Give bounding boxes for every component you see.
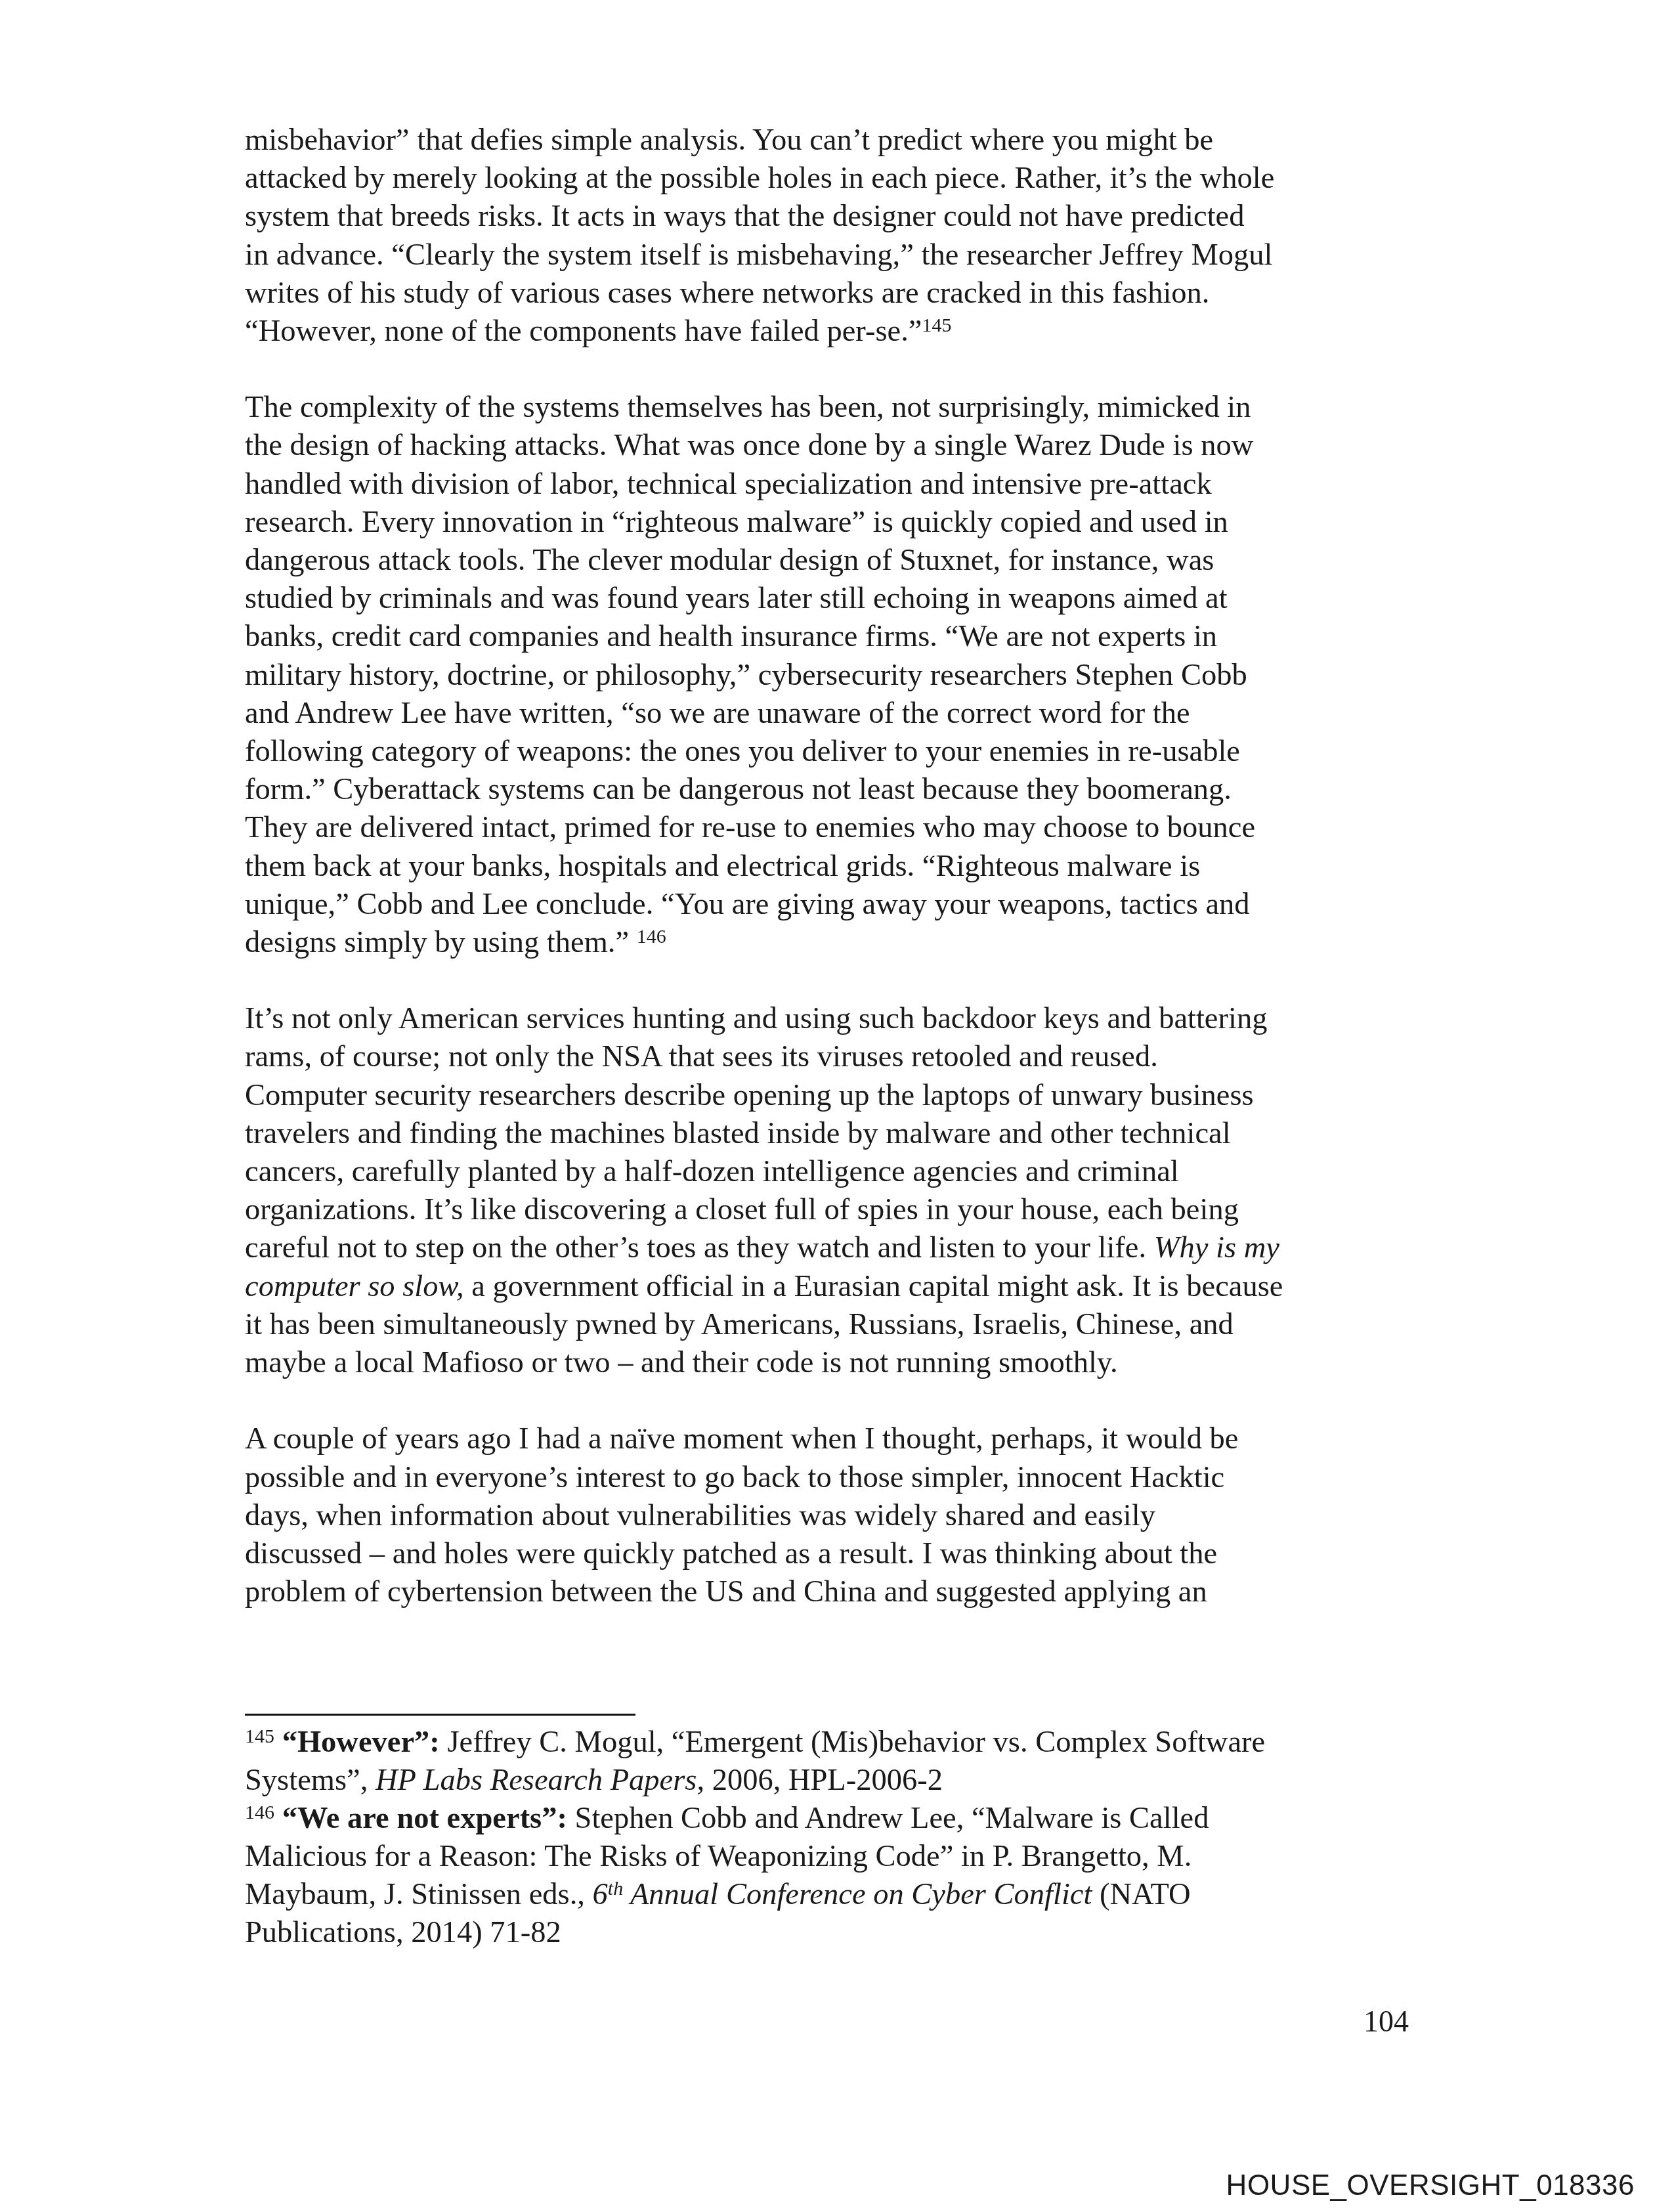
- text-line: travelers and finding the machines blast…: [245, 1115, 1427, 1153]
- text-line: form.” Cyberattack systems can be danger…: [245, 771, 1427, 809]
- footnotes: 145 “However”: Jeffrey C. Mogul, “Emerge…: [245, 1724, 1427, 1952]
- text-line: organizations. It’s like discovering a c…: [245, 1191, 1427, 1229]
- text-line: Publications, 2014) 71-82: [245, 1914, 1427, 1952]
- text-line: designs simply by using them.” 146: [245, 924, 1427, 962]
- paragraph-2: The complexity of the systems themselves…: [245, 389, 1427, 962]
- footnote-ref-145[interactable]: 145: [922, 314, 951, 336]
- text-line: “However, none of the components have fa…: [245, 313, 1427, 351]
- text-segment: , 2006, HPL-2006-2: [697, 1764, 943, 1797]
- paragraph-3: It’s not only American services hunting …: [245, 1000, 1427, 1382]
- text-line: handled with division of labor, technica…: [245, 466, 1427, 504]
- text-segment: Jeffrey C. Mogul, “Emergent (Mis)behavio…: [440, 1725, 1265, 1759]
- text-line: writes of his study of various cases whe…: [245, 274, 1427, 313]
- footnote-146: 146 “We are not experts”: Stephen Cobb a…: [245, 1800, 1427, 1952]
- text-line: it has been simultaneously pwned by Amer…: [245, 1306, 1427, 1344]
- footnote-number: 146: [245, 1802, 274, 1823]
- text-segment: “However, none of the components have fa…: [245, 314, 922, 348]
- text-line: Malicious for a Reason: The Risks of Wea…: [245, 1838, 1427, 1876]
- text-line: discussed – and holes were quickly patch…: [245, 1535, 1427, 1573]
- text-line: Maybaum, J. Stinissen eds., 6th Annual C…: [245, 1876, 1427, 1914]
- text-line: and Andrew Lee have written, “so we are …: [245, 695, 1427, 733]
- publication-title: 6th Annual Conference on Cyber Conflict: [593, 1878, 1092, 1911]
- text-line: following category of weapons: the ones …: [245, 733, 1427, 771]
- text-line: Computer security researchers describe o…: [245, 1077, 1427, 1115]
- text-line: maybe a local Mafioso or two – and their…: [245, 1344, 1427, 1382]
- text-line: rams, of course; not only the NSA that s…: [245, 1038, 1427, 1076]
- text-line: It’s not only American services hunting …: [245, 1000, 1427, 1038]
- italic-quote: computer so slow,: [245, 1270, 464, 1303]
- page-body: misbehavior” that defies simple analysis…: [245, 121, 1427, 1649]
- bates-stamp: HOUSE_OVERSIGHT_018336: [1226, 2169, 1635, 2202]
- footnote-145: 145 “However”: Jeffrey C. Mogul, “Emerge…: [245, 1724, 1427, 1800]
- text-line: cancers, carefully planted by a half-doz…: [245, 1153, 1427, 1191]
- text-line: in advance. “Clearly the system itself i…: [245, 236, 1427, 274]
- footnote-label: “However”:: [282, 1725, 440, 1759]
- text-line: 146 “We are not experts”: Stephen Cobb a…: [245, 1800, 1427, 1838]
- text-segment: Maybaum, J. Stinissen eds.,: [245, 1878, 593, 1911]
- text-line: 145 “However”: Jeffrey C. Mogul, “Emerge…: [245, 1724, 1427, 1762]
- text-line: military history, doctrine, or philosoph…: [245, 657, 1427, 695]
- text-segment: Annual Conference on Cyber Conflict: [623, 1878, 1092, 1911]
- text-line: The complexity of the systems themselves…: [245, 389, 1427, 427]
- ordinal-number: 6: [593, 1878, 608, 1911]
- text-line: They are delivered intact, primed for re…: [245, 809, 1427, 847]
- text-line: banks, credit card companies and health …: [245, 618, 1427, 656]
- text-segment: Stephen Cobb and Andrew Lee, “Malware is…: [567, 1802, 1209, 1835]
- text-line: system that breeds risks. It acts in way…: [245, 198, 1427, 236]
- paragraph-1: misbehavior” that defies simple analysis…: [245, 121, 1427, 351]
- text-line: careful not to step on the other’s toes …: [245, 1229, 1427, 1267]
- text-line: computer so slow, a government official …: [245, 1268, 1427, 1306]
- footnote-number: 145: [245, 1725, 274, 1747]
- text-segment: a government official in a Eurasian capi…: [464, 1270, 1283, 1303]
- text-line: days, when information about vulnerabili…: [245, 1497, 1427, 1535]
- text-line: unique,” Cobb and Lee conclude. “You are…: [245, 886, 1427, 924]
- publication-title: HP Labs Research Papers: [376, 1764, 697, 1797]
- text-line: misbehavior” that defies simple analysis…: [245, 121, 1427, 160]
- text-segment: careful not to step on the other’s toes …: [245, 1231, 1154, 1265]
- italic-quote: Why is my: [1154, 1231, 1279, 1265]
- text-segment: designs simply by using them.”: [245, 926, 637, 959]
- text-line: A couple of years ago I had a naïve mome…: [245, 1420, 1427, 1458]
- text-line: possible and in everyone’s interest to g…: [245, 1459, 1427, 1497]
- text-line: Systems”, HP Labs Research Papers, 2006,…: [245, 1762, 1427, 1800]
- text-line: the design of hacking attacks. What was …: [245, 427, 1427, 465]
- text-segment: (NATO: [1092, 1878, 1190, 1911]
- footnote-ref-146[interactable]: 146: [637, 926, 666, 947]
- footnote-label: “We are not experts”:: [282, 1802, 567, 1835]
- text-line: research. Every innovation in “righteous…: [245, 504, 1427, 542]
- text-line: problem of cybertension between the US a…: [245, 1573, 1427, 1611]
- text-line: attacked by merely looking at the possib…: [245, 160, 1427, 198]
- page-number: 104: [1363, 2004, 1409, 2039]
- footnote-separator: [245, 1714, 635, 1716]
- ordinal-suffix: th: [608, 1878, 623, 1899]
- text-segment: Systems”,: [245, 1764, 376, 1797]
- text-line: dangerous attack tools. The clever modul…: [245, 542, 1427, 580]
- text-line: them back at your banks, hospitals and e…: [245, 848, 1427, 886]
- paragraph-4: A couple of years ago I had a naïve mome…: [245, 1420, 1427, 1611]
- text-line: studied by criminals and was found years…: [245, 580, 1427, 618]
